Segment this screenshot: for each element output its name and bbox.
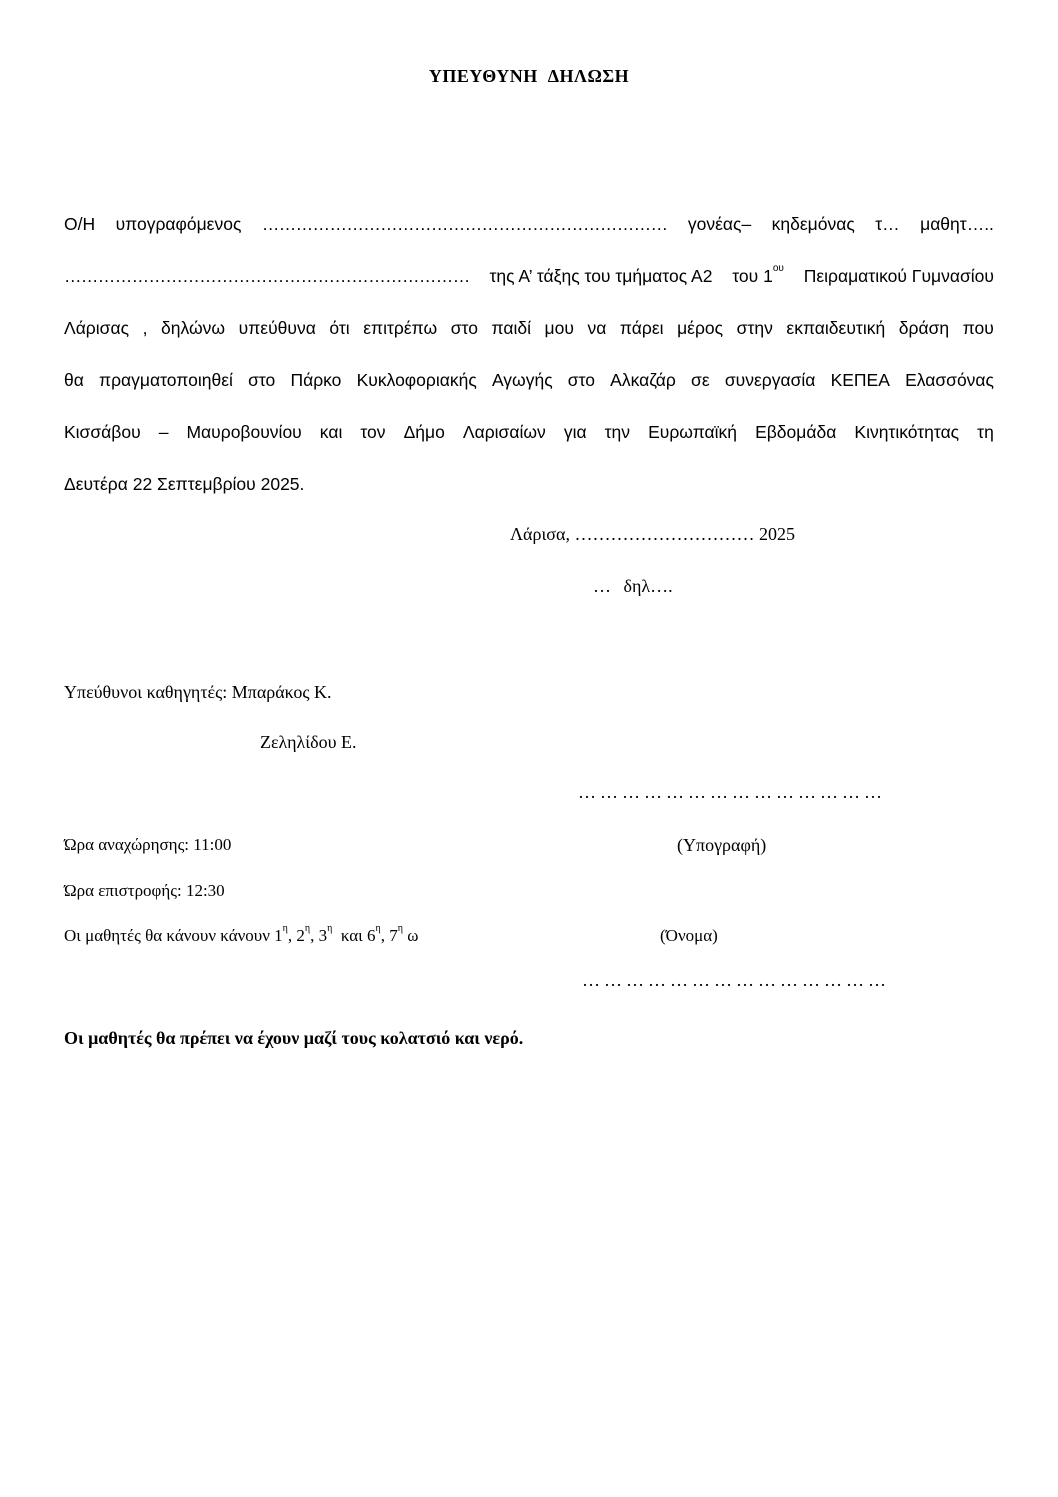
signature-line: …………………………………… — [578, 782, 886, 803]
school-name: Πειραματικού Γυμνασίου — [804, 266, 994, 287]
class-periods: Οι μαθητές θα κάνουν κάνουν 1η, 2η, 3η κ… — [64, 926, 418, 946]
document-title: ΥΠΕΥΘΥΝΗ ΔΗΛΩΣΗ — [0, 66, 1058, 87]
word: Μαυροβουνίου — [186, 422, 301, 443]
word: τ… — [875, 214, 899, 235]
school-ordinal: του 1ου — [732, 266, 784, 287]
word: δηλώνω — [161, 318, 225, 339]
name-line: …………………………………… — [582, 970, 890, 991]
word: , — [143, 318, 148, 339]
declarant-label: … δηλ…. — [593, 576, 673, 597]
name-blank: ……………………………………………………………… — [262, 214, 668, 235]
word: Πάρκο — [290, 370, 341, 391]
word: Εβδομάδα — [755, 422, 836, 443]
word: μαθητ….. — [920, 214, 994, 235]
return-time: Ώρα επιστροφής: 12:30 — [64, 881, 225, 901]
word: Δήμο — [404, 422, 445, 443]
student-name-blank: ……………………………………………………………… — [64, 266, 470, 287]
word: Ελασσόνας — [905, 370, 994, 391]
declaration-line-1: Ο/Η υπογραφόμενος …………………………………………………………… — [64, 214, 994, 235]
word: Λάρισας — [64, 318, 129, 339]
word: τον — [360, 422, 385, 443]
word: δράση — [899, 318, 949, 339]
word: ΚΕΠΕΑ — [831, 370, 890, 391]
word: στο — [248, 370, 275, 391]
pronoun: Ο/Η — [64, 214, 95, 235]
word: – — [159, 422, 169, 443]
word: ότι — [329, 318, 349, 339]
word: θα — [64, 370, 84, 391]
word: εκπαιδευτική — [786, 318, 885, 339]
signature-label: (Υπογραφή) — [677, 835, 766, 856]
word: Κυκλοφοριακής — [357, 370, 477, 391]
word: σε — [691, 370, 710, 391]
departure-time: Ώρα αναχώρησης: 11:00 — [64, 835, 231, 855]
declaration-line-4: θαπραγματοποιηθείστοΠάρκοΚυκλοφοριακήςΑγ… — [64, 370, 994, 391]
word: μου — [545, 318, 574, 339]
word: μέρος — [677, 318, 723, 339]
word: υπογραφόμενος — [116, 214, 242, 235]
declaration-line-2: ……………………………………………………………… της Α’ τάξης το… — [64, 266, 994, 287]
word: παιδί — [492, 318, 531, 339]
word: συνεργασία — [725, 370, 816, 391]
word: υπεύθυνα — [239, 318, 316, 339]
word: επιτρέπω — [363, 318, 437, 339]
word: κηδεμόνας — [772, 214, 855, 235]
declaration-line-6: Δευτέρα 22 Σεπτεμβρίου 2025. — [64, 474, 994, 495]
word: στο — [451, 318, 478, 339]
word: που — [963, 318, 994, 339]
class-text: της Α’ τάξης του τμήματος Α2 — [489, 266, 712, 287]
responsible-teachers: Υπεύθυνοι καθηγητές: Μπαράκος Κ. — [64, 682, 331, 703]
word: Αγωγής — [492, 370, 553, 391]
word: Κινητικότητας — [854, 422, 959, 443]
word: Κισσάβου — [64, 422, 141, 443]
word: Ευρωπαϊκή — [648, 422, 737, 443]
place-date-field: Λάρισα, ………………………… 2025 — [510, 524, 795, 545]
important-note: Οι μαθητές θα πρέπει να έχουν μαζί τους … — [64, 1028, 523, 1049]
word: γονέας– — [688, 214, 751, 235]
word: την — [605, 422, 630, 443]
teacher-name: Ζεληλίδου Ε. — [260, 732, 357, 753]
declaration-line-5: Κισσάβου–ΜαυροβουνίουκαιτονΔήμοΛαρισαίων… — [64, 422, 994, 443]
name-label: (Όνομα) — [660, 926, 718, 946]
word: πραγματοποιηθεί — [99, 370, 233, 391]
word: πάρει — [620, 318, 664, 339]
word: Λαρισαίων — [463, 422, 546, 443]
word: για — [564, 422, 587, 443]
word: στο — [568, 370, 595, 391]
word: Αλκαζάρ — [610, 370, 676, 391]
event-date: Δευτέρα 22 Σεπτεμβρίου 2025. — [64, 474, 304, 495]
word: στην — [737, 318, 773, 339]
word: και — [320, 422, 343, 443]
word: να — [587, 318, 606, 339]
word: τη — [977, 422, 994, 443]
declaration-line-3: Λάρισας,δηλώνωυπεύθυναότιεπιτρέπωστοπαιδ… — [64, 318, 994, 339]
